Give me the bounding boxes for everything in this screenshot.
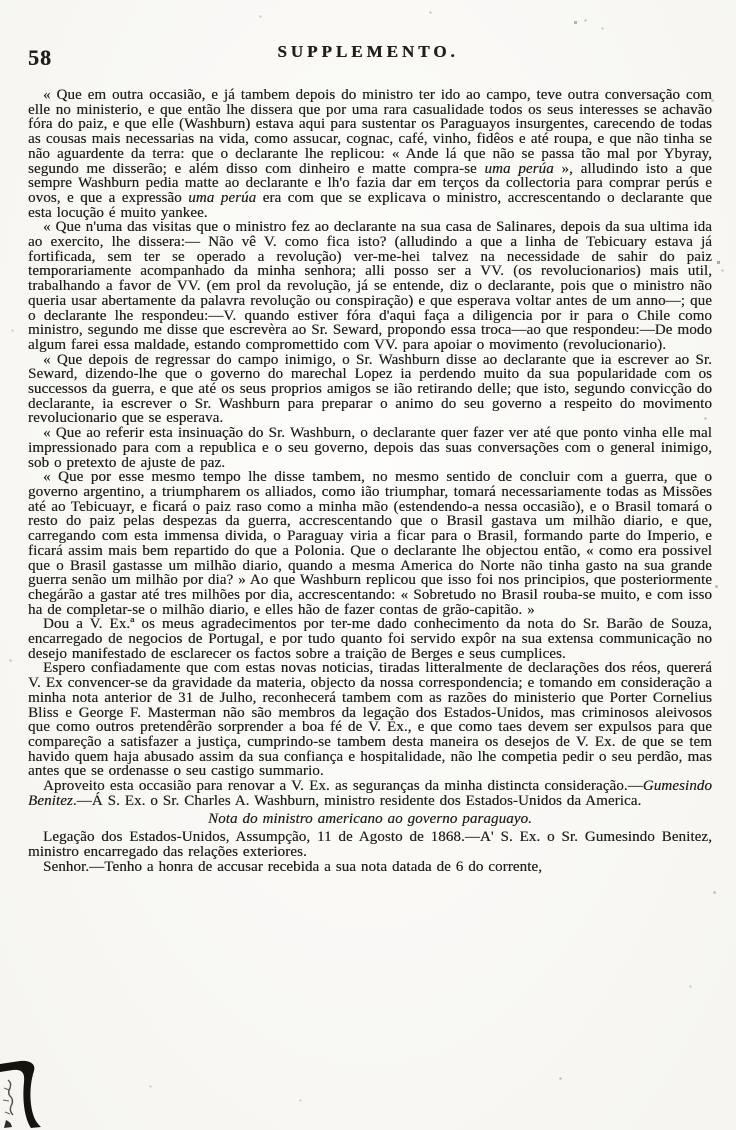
paragraph-declaration-5: « Que por esse mesmo tempo lhe disse tam… [28, 470, 712, 617]
text-segment: uma perúa [484, 161, 553, 177]
paragraph-signature: Aproveito esta occasião para renovar a V… [28, 779, 712, 808]
page-header: 58 SUPPLEMENTO. [28, 42, 708, 72]
text-segment: « Que n'uma das visitas que o ministro f… [28, 219, 712, 353]
section-heading-nota: Nota do ministro americano ao governo pa… [28, 812, 712, 827]
page-number: 58 [28, 45, 52, 71]
text-segment: Nota do ministro americano ao governo pa… [208, 811, 532, 827]
paragraph-declaration-4: « Que ao referir esta insinuação do Sr. … [28, 426, 712, 470]
paragraph-espero: Espero confiadamente que com estas novas… [28, 661, 712, 779]
document-body: « Que em outra occasião, e já tambem dep… [28, 88, 712, 874]
text-segment: « Que ao referir esta insinuação do Sr. … [28, 425, 712, 470]
paragraph-thanks: Dou a V. Ex.ª os meus agradecimentos por… [28, 617, 712, 661]
paragraph-declaration-1: « Que em outra occasião, e já tambem dep… [28, 88, 712, 220]
text-segment: « Que por esse mesmo tempo lhe disse tam… [28, 469, 712, 617]
text-segment: « Que depois de regressar do campo inimi… [28, 352, 712, 427]
text-segment: uma perúa [188, 190, 256, 206]
paragraph-declaration-2: « Que n'uma das visitas que o ministro f… [28, 220, 712, 352]
text-segment: Espero confiadamente que com estas novas… [28, 660, 712, 779]
text-segment: Dou a V. Ex.ª os meus agradecimentos por… [28, 616, 712, 661]
text-segment: Senhor.—Tenho a honra de accusar recebid… [43, 859, 542, 875]
text-segment: Legação dos Estados-Unidos, Assumpção, 1… [28, 829, 712, 860]
ink-stain [0, 1058, 56, 1130]
page-title: SUPPLEMENTO. [28, 42, 708, 62]
paragraph-legacao: Legação dos Estados-Unidos, Assumpção, 1… [28, 830, 712, 859]
paragraph-declaration-3: « Que depois de regressar do campo inimi… [28, 353, 712, 427]
text-segment: Aproveito esta occasião para renovar a V… [43, 778, 643, 794]
text-segment: .—Á S. Ex. o Sr. Charles A. Washburn, mi… [73, 793, 642, 809]
document-page: 58 SUPPLEMENTO. « Que em outra occasião,… [0, 0, 736, 1130]
paragraph-senhor: Senhor.—Tenho a honra de accusar recebid… [28, 860, 712, 875]
paper-specks [0, 0, 1, 1]
